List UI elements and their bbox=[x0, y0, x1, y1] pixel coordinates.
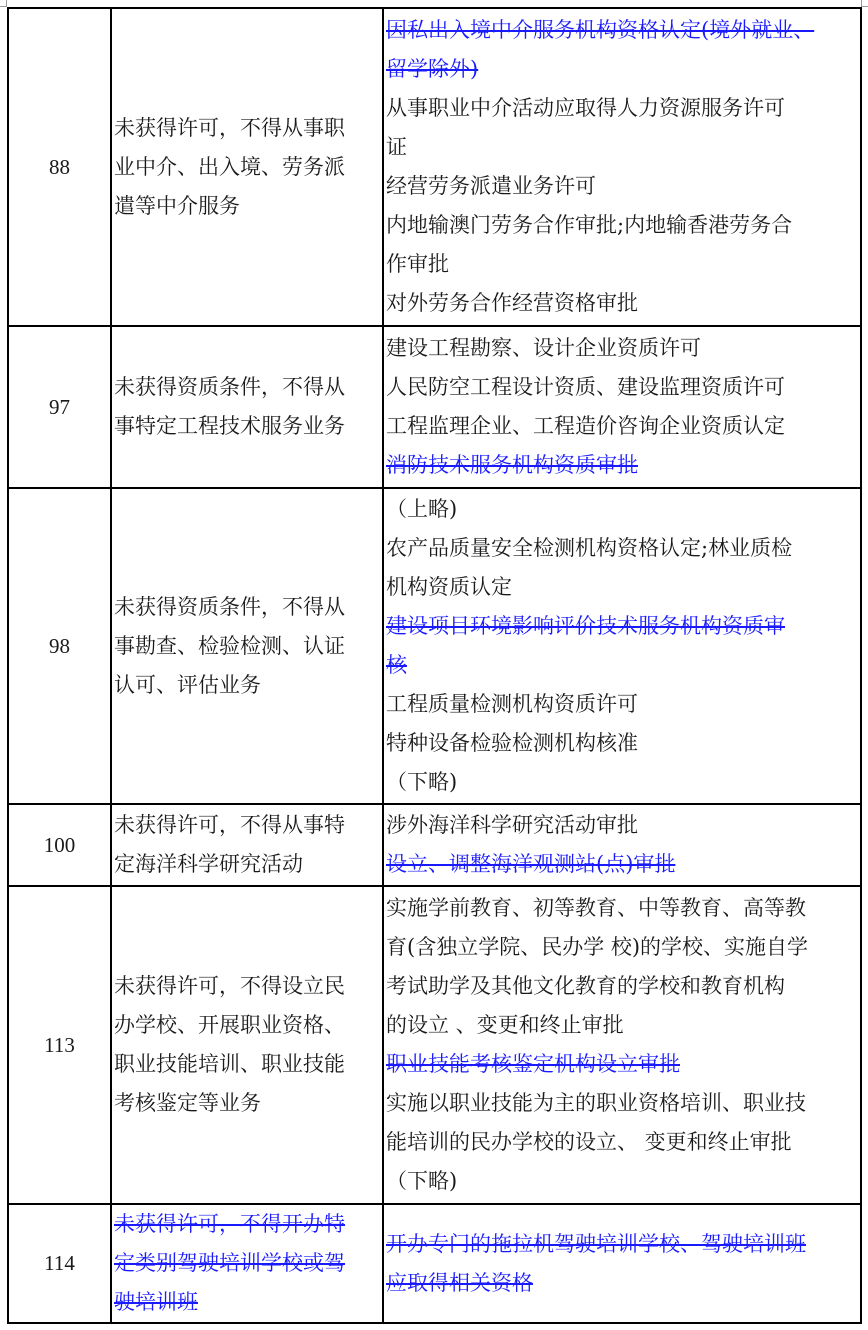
row-number: 97 bbox=[8, 326, 111, 488]
item-line: 工程质量检测机构资质许可 bbox=[386, 685, 858, 724]
item-line: 育(含独立学院、民办学 校)的学校、实施自学 bbox=[386, 928, 858, 967]
table-row: 97 未获得资质条件，不得从 事特定工程技术服务业务 建设工程勘察、设计企业资质… bbox=[8, 326, 861, 488]
condition-line: 未获得许可，不得从事特 bbox=[114, 806, 380, 845]
deleted-item-line: 留学除外) bbox=[386, 50, 858, 89]
items-cell: 涉外海洋科学研究活动审批 设立、调整海洋观测站(点)审批 bbox=[383, 804, 861, 886]
deleted-item-line: 消防技术服务机构资质审批 bbox=[386, 446, 858, 485]
condition-line: 未获得资质条件，不得从 bbox=[114, 588, 380, 627]
item-line: 经营劳务派遣业务许可 bbox=[386, 167, 858, 206]
condition-line: 遣等中介服务 bbox=[114, 187, 380, 226]
item-line: 人民防空工程设计资质、建设监理资质许可 bbox=[386, 368, 858, 407]
condition-line: 办学校、开展职业资格、 bbox=[114, 1006, 380, 1045]
condition-line: 认可、评估业务 bbox=[114, 666, 380, 705]
items-cell: 建设工程勘察、设计企业资质许可 人民防空工程设计资质、建设监理资质许可 工程监理… bbox=[383, 326, 861, 488]
page-corner-mark-left bbox=[0, 0, 7, 7]
table-row: 98 未获得资质条件，不得从 事勘查、检验检测、认证 认可、评估业务 （上略) … bbox=[8, 488, 861, 804]
deleted-condition-line: 未获得许可，不得开办特 bbox=[114, 1205, 380, 1244]
item-line: 建设工程勘察、设计企业资质许可 bbox=[386, 329, 858, 368]
deleted-item-line: 核 bbox=[386, 646, 858, 685]
item-line: 的设立 、变更和终止审批 bbox=[386, 1006, 858, 1045]
row-number: 98 bbox=[8, 488, 111, 804]
row-number: 114 bbox=[8, 1204, 111, 1323]
permit-table: 88 未获得许可，不得从事职 业中介、出入境、劳务派 遣等中介服务 因私出入境中… bbox=[7, 7, 862, 1324]
condition-cell: 未获得资质条件，不得从 事勘查、检验检测、认证 认可、评估业务 bbox=[111, 488, 383, 804]
condition-line: 定海洋科学研究活动 bbox=[114, 845, 380, 884]
deleted-item-line: 建设项目环境影响评价技术服务机构资质审 bbox=[386, 607, 858, 646]
item-line: 能培训的民办学校的设立、 变更和终止审批 bbox=[386, 1123, 858, 1162]
item-line: 对外劳务合作经营资格审批 bbox=[386, 284, 858, 323]
condition-line: 业中介、出入境、劳务派 bbox=[114, 148, 380, 187]
items-cell: 因私出入境中介服务机构资格认定(境外就业、 留学除外) 从事职业中介活动应取得人… bbox=[383, 8, 861, 326]
table-row: 114 未获得许可，不得开办特 定类别驾驶培训学校或驾 驶培训班 开办专门的拖拉… bbox=[8, 1204, 861, 1323]
item-line: 机构资质认定 bbox=[386, 568, 858, 607]
condition-cell: 未获得许可，不得从事特 定海洋科学研究活动 bbox=[111, 804, 383, 886]
row-number: 100 bbox=[8, 804, 111, 886]
item-line: 实施学前教育、初等教育、中等教育、高等教 bbox=[386, 889, 858, 928]
item-line: 从事职业中介活动应取得人力资源服务许可 bbox=[386, 89, 858, 128]
item-line: 涉外海洋科学研究活动审批 bbox=[386, 806, 858, 845]
condition-cell: 未获得许可，不得开办特 定类别驾驶培训学校或驾 驶培训班 bbox=[111, 1204, 383, 1323]
item-line: 特种设备检验检测机构核准 bbox=[386, 724, 858, 763]
item-line: （上略) bbox=[386, 490, 858, 529]
item-line: 内地输澳门劳务合作审批;内地输香港劳务合 bbox=[386, 206, 858, 245]
condition-cell: 未获得许可，不得设立民 办学校、开展职业资格、 职业技能培训、职业技能 考核鉴定… bbox=[111, 886, 383, 1204]
condition-cell: 未获得许可，不得从事职 业中介、出入境、劳务派 遣等中介服务 bbox=[111, 8, 383, 326]
condition-line: 事特定工程技术服务业务 bbox=[114, 407, 380, 446]
table-row: 88 未获得许可，不得从事职 业中介、出入境、劳务派 遣等中介服务 因私出入境中… bbox=[8, 8, 861, 326]
deleted-item-line: 应取得相关资格 bbox=[386, 1264, 858, 1303]
items-cell: 实施学前教育、初等教育、中等教育、高等教 育(含独立学院、民办学 校)的学校、实… bbox=[383, 886, 861, 1204]
item-line: （下略) bbox=[386, 1162, 858, 1201]
item-line: 考试助学及其他文化教育的学校和教育机构 bbox=[386, 967, 858, 1006]
deleted-condition-line: 定类别驾驶培训学校或驾 bbox=[114, 1244, 380, 1283]
deleted-item-line: 设立、调整海洋观测站(点)审批 bbox=[386, 845, 858, 884]
condition-line: 职业技能培训、职业技能 bbox=[114, 1045, 380, 1084]
table-row: 113 未获得许可，不得设立民 办学校、开展职业资格、 职业技能培训、职业技能 … bbox=[8, 886, 861, 1204]
condition-line: 事勘查、检验检测、认证 bbox=[114, 627, 380, 666]
condition-cell: 未获得资质条件，不得从 事特定工程技术服务业务 bbox=[111, 326, 383, 488]
item-line: 农产品质量安全检测机构资格认定;林业质检 bbox=[386, 529, 858, 568]
table-row: 100 未获得许可，不得从事特 定海洋科学研究活动 涉外海洋科学研究活动审批 设… bbox=[8, 804, 861, 886]
condition-line: 未获得许可，不得设立民 bbox=[114, 967, 380, 1006]
row-number: 113 bbox=[8, 886, 111, 1204]
item-line: 证 bbox=[386, 128, 858, 167]
deleted-condition-line: 驶培训班 bbox=[114, 1283, 380, 1322]
condition-line: 考核鉴定等业务 bbox=[114, 1084, 380, 1123]
page-corner-mark-right bbox=[861, 0, 868, 7]
row-number: 88 bbox=[8, 8, 111, 326]
item-line: 作审批 bbox=[386, 245, 858, 284]
items-cell: （上略) 农产品质量安全检测机构资格认定;林业质检 机构资质认定 建设项目环境影… bbox=[383, 488, 861, 804]
item-line: 工程监理企业、工程造价咨询企业资质认定 bbox=[386, 407, 858, 446]
deleted-item-line: 因私出入境中介服务机构资格认定(境外就业、 bbox=[386, 11, 858, 50]
deleted-item-line: 开办专门的拖拉机驾驶培训学校、驾驶培训班 bbox=[386, 1225, 858, 1264]
condition-line: 未获得许可，不得从事职 bbox=[114, 109, 380, 148]
deleted-item-line: 职业技能考核鉴定机构设立审批 bbox=[386, 1045, 858, 1084]
item-line: 实施以职业技能为主的职业资格培训、职业技 bbox=[386, 1084, 858, 1123]
condition-line: 未获得资质条件，不得从 bbox=[114, 368, 380, 407]
item-line: （下略) bbox=[386, 763, 858, 802]
items-cell: 开办专门的拖拉机驾驶培训学校、驾驶培训班 应取得相关资格 bbox=[383, 1204, 861, 1323]
